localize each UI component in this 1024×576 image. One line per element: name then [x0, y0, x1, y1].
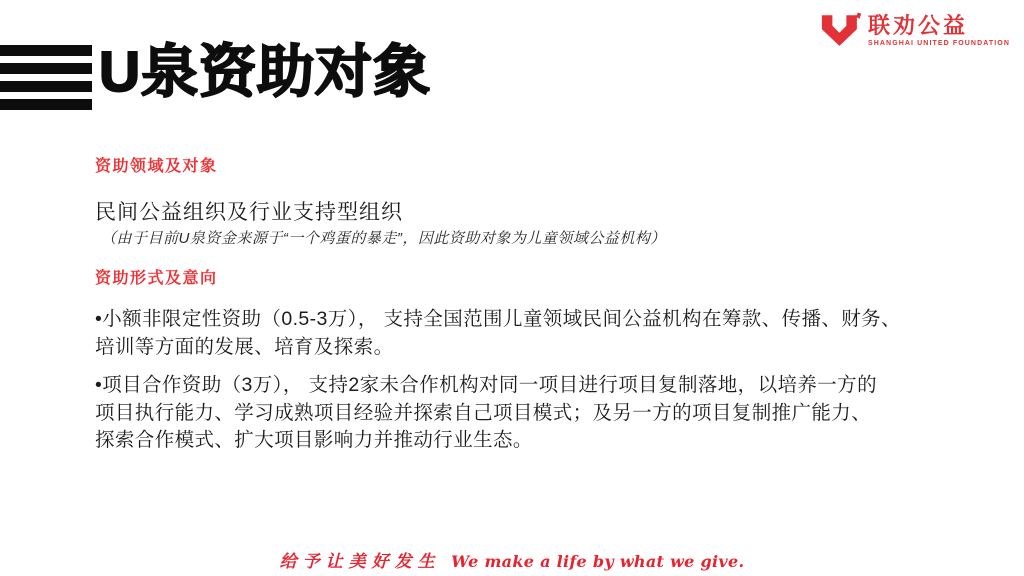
bullet-paragraph-small-grant: •小额非限定性资助（0.5-3万）， 支持全国范围儿童领域民间公益机构在筹款、传…: [95, 306, 995, 361]
footer-slogan: 给予让美好发生 We make a life by what we give.: [0, 547, 1024, 572]
funding-scope-body: 民间公益组织及行业支持型组织: [95, 196, 403, 226]
decoration-bar: [0, 99, 92, 110]
logo-u-icon: [821, 11, 863, 51]
decoration-bar: [0, 45, 92, 56]
logo-name: 联劝公益: [868, 14, 1010, 38]
logo-text: 联劝公益 SHANGHAI UNITED FOUNDATION: [868, 11, 1010, 47]
logo-tagline: SHANGHAI UNITED FOUNDATION: [868, 40, 1010, 47]
page-title: U泉资助对象: [99, 38, 431, 106]
title-decoration-bars: [0, 45, 92, 110]
funding-scope-note: （由于目前U泉资金来源于“一个鸡蛋的暴走”，因此资助对象为儿童领域公益机构）: [101, 227, 666, 248]
slide: U泉资助对象 联劝公益 SHANGHAI UNITED FOUNDATION 资…: [0, 0, 1024, 576]
decoration-bar: [0, 81, 92, 92]
logo: 联劝公益 SHANGHAI UNITED FOUNDATION: [821, 11, 1010, 51]
decoration-bar: [0, 63, 92, 74]
bullet-paragraph-cooperation-grant: •项目合作资助（3万）， 支持2家未合作机构对同一项目进行项目复制落地，以培养一…: [95, 372, 995, 455]
section-heading-funding-scope: 资助领域及对象: [95, 153, 218, 176]
footer-slogan-zh: 给予让美好发生: [280, 552, 441, 572]
footer-slogan-en: We make a life by what we give.: [451, 552, 744, 571]
section-heading-funding-form: 资助形式及意向: [95, 265, 218, 288]
